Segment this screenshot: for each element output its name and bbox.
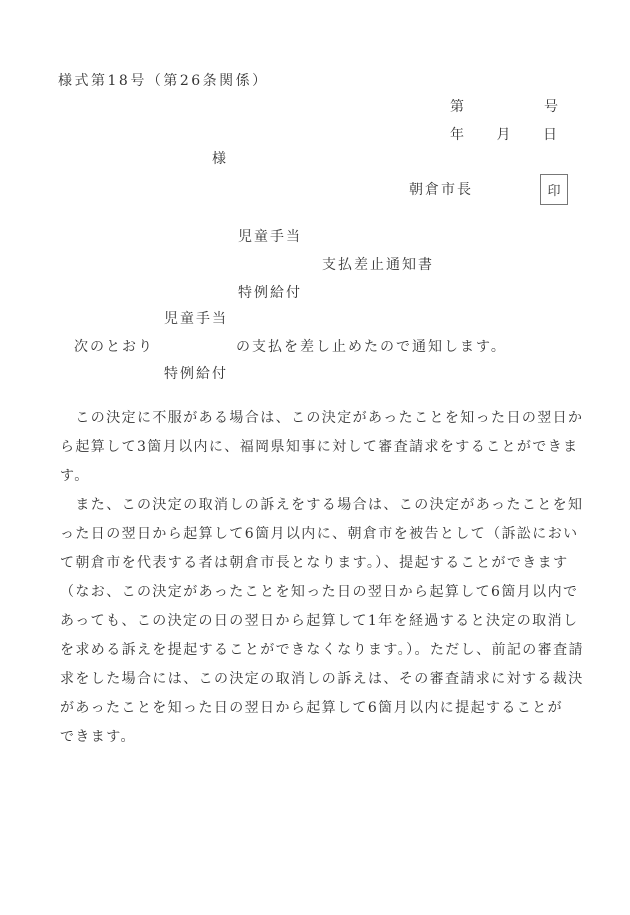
body-text: この決定に不服がある場合は、この決定があったことを知った日の翌日か ら起算して3…	[60, 404, 590, 752]
date-line: 年 月 日	[450, 124, 557, 144]
addressee-suffix: 様	[212, 148, 228, 168]
date-day-label: 日	[543, 124, 557, 144]
seal-label: 印	[547, 180, 560, 199]
body-line: て朝倉市を代表する者は朝倉市長となります。）、提起することができます	[60, 549, 590, 578]
title-option-bottom: 特例給付	[238, 282, 302, 302]
document-page: 様式第18号（第26条関係） 第 号 年 月 日 様 朝倉市長 印 児童手当 支…	[0, 0, 630, 915]
title-option-top: 児童手当	[238, 226, 302, 246]
sentence-option-bottom: 特例給付	[164, 363, 228, 383]
body-line: があったことを知った日の翌日から起算して6箇月以内に提起することが	[60, 694, 590, 723]
body-line: す。	[60, 462, 590, 491]
body-line: った日の翌日から起算して6箇月以内に、朝倉市を被告として（訴訟におい	[60, 520, 590, 549]
body-line: を求める訴えを提起することができなくなります。）。ただし、前記の審査請	[60, 636, 590, 665]
issuer-name: 朝倉市長	[409, 179, 473, 199]
body-line: また、この決定の取消しの訴えをする場合は、この決定があったことを知	[60, 491, 590, 520]
doc-number-line: 第 号	[450, 96, 558, 116]
body-line: できます。	[60, 723, 590, 752]
body-line: ら起算して3箇月以内に、福岡県知事に対して審査請求をすることができま	[60, 433, 590, 462]
sentence-option-top: 児童手当	[164, 308, 228, 328]
body-line: （なお、この決定があったことを知った日の翌日から起算して6箇月以内で	[60, 578, 590, 607]
body-line: この決定に不服がある場合は、この決定があったことを知った日の翌日か	[60, 404, 590, 433]
doc-number-prefix: 第	[450, 96, 464, 116]
sentence-tail: の支払を差し止めたので通知します。	[236, 336, 507, 356]
date-month-label: 月	[497, 124, 511, 144]
body-line: 求をした場合には、この決定の取消しの訴えは、その審査請求に対する裁決	[60, 665, 590, 694]
doc-number-suffix: 号	[544, 96, 558, 116]
sentence-lead: 次のとおり	[74, 336, 154, 356]
document-title: 支払差止通知書	[322, 254, 434, 274]
date-year-label: 年	[450, 124, 464, 144]
seal-box: 印	[540, 174, 568, 205]
form-number: 様式第18号（第26条関係）	[58, 70, 269, 90]
body-line: あっても、この決定の日の翌日から起算して1年を経過すると決定の取消し	[60, 607, 590, 636]
